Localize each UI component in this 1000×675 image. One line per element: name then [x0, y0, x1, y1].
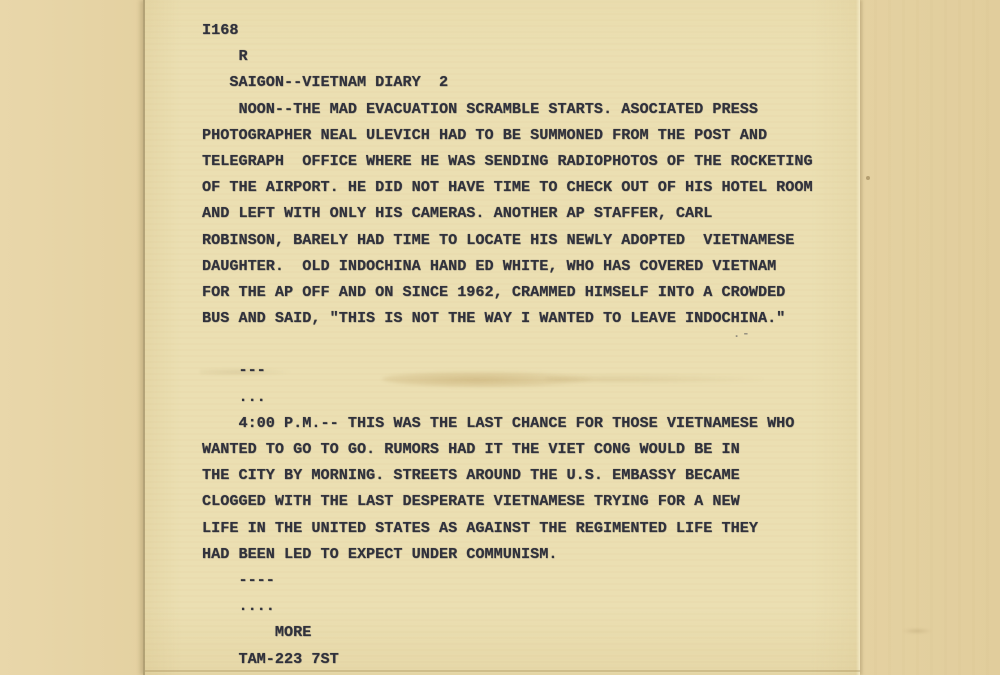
typed-line: 4:00 P.M.-- THIS WAS THE LAST CHANCE FOR…	[202, 410, 852, 436]
priority-code-line: R	[202, 43, 852, 69]
typed-line: ROBINSON, BARELY HAD TIME TO LOCATE HIS …	[202, 227, 852, 253]
wire-number-line: I168	[202, 17, 852, 43]
separator-dashes: ---	[202, 357, 852, 383]
typed-line: AND LEFT WITH ONLY HIS CAMERAS. ANOTHER …	[202, 200, 852, 226]
paper-edge-highlight	[856, 0, 860, 675]
typed-line: CLOGGED WITH THE LAST DESPERATE VIETNAME…	[202, 488, 852, 514]
typed-line: HAD BEEN LED TO EXPECT UNDER COMMUNISM.	[202, 541, 852, 567]
typed-line: TELEGRAPH OFFICE WHERE HE WAS SENDING RA…	[202, 148, 852, 174]
more-line: MORE	[202, 619, 852, 645]
telegram-page: I168 R SAIGON--VIETNAM DIARY 2 NOON--THE…	[143, 0, 860, 675]
typed-line: NOON--THE MAD EVACUATION SCRAMBLE STARTS…	[202, 96, 852, 122]
mat-texture	[860, 0, 1000, 675]
document-scan: I168 R SAIGON--VIETNAM DIARY 2 NOON--THE…	[0, 0, 1000, 675]
typed-line: THE CITY BY MORNING. STREETS AROUND THE …	[202, 462, 852, 488]
typed-line: OF THE AIRPORT. HE DID NOT HAVE TIME TO …	[202, 174, 852, 200]
ink-smudge: .-	[733, 327, 751, 341]
typed-line: LIFE IN THE UNITED STATES AS AGAINST THE…	[202, 515, 852, 541]
typed-line: DAUGHTER. OLD INDOCHINA HAND ED WHITE, W…	[202, 253, 852, 279]
typed-line: PHOTOGRAPHER NEAL ULEVICH HAD TO BE SUMM…	[202, 122, 852, 148]
paper-bottom-edge	[145, 670, 860, 672]
separator-dots: ....	[202, 593, 852, 619]
typed-line: WANTED TO GO TO GO. RUMORS HAD IT THE VI…	[202, 436, 852, 462]
timestamp-line: TAM-223 7ST	[202, 646, 852, 672]
typed-line: FOR THE AP OFF AND ON SINCE 1962, CRAMME…	[202, 279, 852, 305]
blank-line	[202, 331, 852, 357]
separator-dots: ...	[202, 384, 852, 410]
typed-text-block: I168 R SAIGON--VIETNAM DIARY 2 NOON--THE…	[202, 17, 852, 672]
mat-speck	[902, 628, 932, 634]
mat-speck	[866, 176, 870, 180]
separator-dashes: ----	[202, 567, 852, 593]
typed-line: BUS AND SAID, "THIS IS NOT THE WAY I WAN…	[202, 305, 852, 331]
slug-line: SAIGON--VIETNAM DIARY 2	[202, 69, 852, 95]
